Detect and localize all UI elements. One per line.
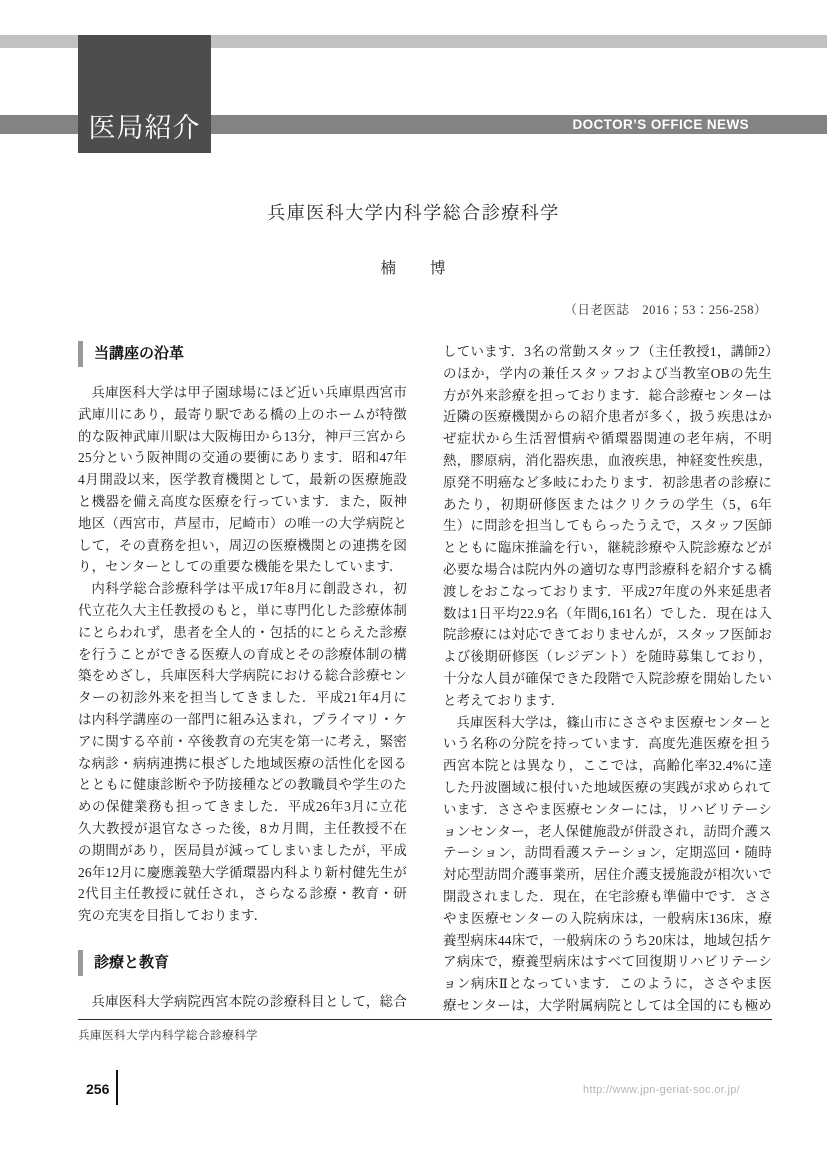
body-paragraph: 内科学総合診療科学は平成17年8月に創設され，初代立花久大主任教授のもと，単に専… <box>78 578 407 927</box>
page-number-divider <box>116 1070 118 1105</box>
page-number: 256 <box>86 1081 109 1097</box>
article-body: 当講座の沿革 兵庫医科大学は甲子園球場にほど近い兵庫県西宮市武庫川にあり，最寄り… <box>78 341 772 1013</box>
body-paragraph: 兵庫医科大学病院西宮本院の診療科目として，総合内科（再診枠）および総合診療センタ… <box>78 991 407 1013</box>
article-author: 楠 博 <box>0 256 827 278</box>
section-heading-care-education: 診療と教育 <box>78 950 407 976</box>
body-paragraph: 兵庫医科大学は，篠山市にささやま医療センターという名称の分院を持っています．高度… <box>443 712 772 1013</box>
section-heading-history: 当講座の沿革 <box>78 341 407 367</box>
journal-page: DOCTOR’S OFFICE NEWS 医局紹介 兵庫医科大学内科学総合診療科… <box>0 0 827 1170</box>
body-paragraph: 兵庫医科大学は甲子園球場にほど近い兵庫県西宮市武庫川にあり，最寄り駅である橋の上… <box>78 382 407 578</box>
right-column: しています．3名の常勤スタッフ（主任教授1，講師2）のほか，学内の兼任スタッフお… <box>443 341 772 1013</box>
category-box: 医局紹介 <box>78 35 211 153</box>
article-title: 兵庫医科大学内科学総合診療科学 <box>0 199 827 225</box>
footnote-running-title: 兵庫医科大学内科学総合診療科学 <box>78 1027 258 1043</box>
left-column: 当講座の沿革 兵庫医科大学は甲子園球場にほど近い兵庫県西宮市武庫川にあり，最寄り… <box>78 341 407 1013</box>
footnote-rule <box>78 1019 772 1020</box>
category-label: 医局紹介 <box>89 115 201 142</box>
body-paragraph-continuation: しています．3名の常勤スタッフ（主任教授1，講師2）のほか，学内の兼任スタッフお… <box>443 341 772 712</box>
journal-site-url: http://www.jpn-geriat-soc.or.jp/ <box>583 1084 740 1096</box>
article-citation: （日老医誌 2016；53：256-258） <box>564 300 767 318</box>
banner-label: DOCTOR’S OFFICE NEWS <box>572 117 749 132</box>
